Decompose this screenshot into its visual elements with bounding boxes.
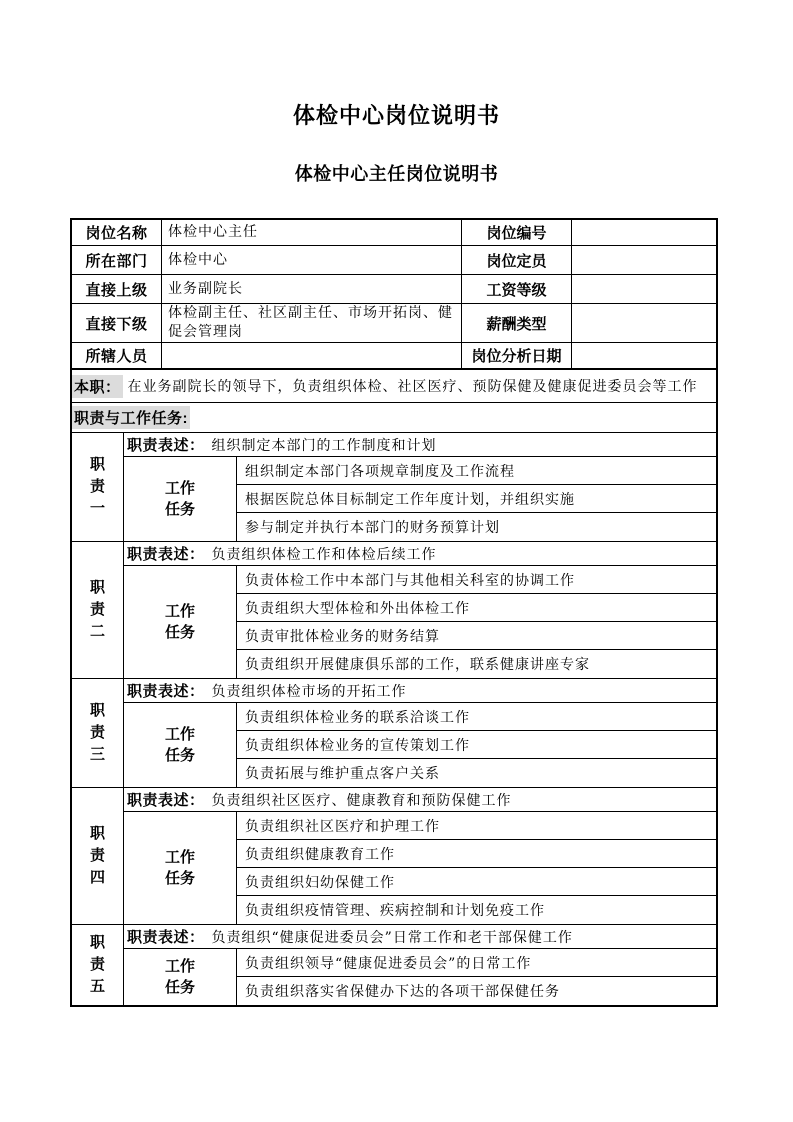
- value-post-number: [572, 220, 716, 245]
- duty-desc-row: 职责表述： 负责组织社区医疗、健康教育和预防保健工作: [124, 788, 716, 812]
- duty-desc-text: 组织制定本部门的工作制度和计划: [212, 435, 437, 455]
- core-duty-row: 本职： 在业务副院长的领导下，负责组织体检、社区医疗、预防保健及健康促进委员会等…: [72, 370, 716, 403]
- label-department: 所在部门: [72, 246, 162, 274]
- duty-desc-row: 职责表述： 负责组织“健康促进委员会”日常工作和老干部保健工作: [124, 925, 716, 949]
- value-managed-staff: [162, 343, 462, 368]
- task-item: 负责组织体检业务的联系洽谈工作: [237, 703, 716, 731]
- task-group-label: 工作任务: [164, 724, 196, 766]
- core-duty-label: 本职：: [72, 375, 123, 398]
- duty-number-text: 职责三: [90, 700, 106, 766]
- value-direct-superior: 业务副院长: [162, 275, 462, 303]
- duty-desc-text: 负责组织社区医疗、健康教育和预防保健工作: [212, 790, 512, 810]
- info-row: 直接下级 体检副主任、社区副主任、市场开拓岗、健促会管理岗 薪酬类型: [72, 304, 716, 343]
- label-direct-subordinates: 直接下级: [72, 304, 162, 342]
- section-header-row: 职责与工作任务:: [72, 403, 716, 433]
- task-group-label-cell: 工作任务: [124, 949, 237, 1005]
- task-item: 负责体检工作中本部门与其他相关科室的协调工作: [237, 566, 716, 594]
- task-item: 负责组织疫情管理、疾病控制和计划免疫工作: [237, 896, 716, 924]
- duty-block-3: 职责三 职责表述： 负责组织体检市场的开拓工作 工作任务 负责组织体检业务的联系…: [72, 679, 716, 788]
- task-item: 负责拓展与维护重点客户关系: [237, 759, 716, 787]
- value-salary-grade: [572, 275, 716, 303]
- duty-number-text: 职责四: [90, 823, 106, 889]
- task-item: 组织制定本部门各项规章制度及工作流程: [237, 457, 716, 485]
- task-item: 负责组织领导“健康促进委员会”的日常工作: [237, 949, 716, 977]
- duty-number-text: 职责二: [90, 577, 106, 643]
- info-row: 直接上级 业务副院长 工资等级: [72, 275, 716, 304]
- task-group-label: 工作任务: [164, 478, 196, 520]
- duty-number-cell: 职责一: [72, 433, 124, 541]
- duty-desc-label: 职责表述：: [127, 434, 205, 455]
- value-post-name: 体检中心主任: [162, 220, 462, 245]
- task-item: 负责组织体检业务的宣传策划工作: [237, 731, 716, 759]
- value-analysis-date: [572, 343, 716, 368]
- duty-number-cell: 职责四: [72, 788, 124, 924]
- job-description-table: 岗位名称 体检中心主任 岗位编号 所在部门 体检中心 岗位定员 直接上级 业务副…: [70, 218, 718, 1007]
- duty-block-4: 职责四 职责表述： 负责组织社区医疗、健康教育和预防保健工作 工作任务 负责组织…: [72, 788, 716, 925]
- duty-desc-row: 职责表述： 负责组织体检工作和体检后续工作: [124, 542, 716, 566]
- label-managed-staff: 所辖人员: [72, 343, 162, 368]
- label-post-number: 岗位编号: [462, 220, 572, 245]
- duty-desc-label: 职责表述：: [127, 543, 205, 564]
- duty-desc-label: 职责表述：: [127, 789, 205, 810]
- document-page: 体检中心岗位说明书 体检中心主任岗位说明书 岗位名称 体检中心主任 岗位编号 所…: [0, 0, 793, 1122]
- duty-desc-label: 职责表述：: [127, 926, 205, 947]
- task-item: 负责组织社区医疗和护理工作: [237, 812, 716, 840]
- label-direct-superior: 直接上级: [72, 275, 162, 303]
- duty-desc-text: 负责组织体检工作和体检后续工作: [212, 544, 437, 564]
- duty-block-1: 职责一 职责表述： 组织制定本部门的工作制度和计划 工作任务 组织制定本部门各项…: [72, 433, 716, 542]
- info-row: 岗位名称 体检中心主任 岗位编号: [72, 220, 716, 246]
- task-item: 参与制定并执行本部门的财务预算计划: [237, 513, 716, 541]
- duty-desc-text: 负责组织体检市场的开拓工作: [212, 681, 407, 701]
- task-item: 根据医院总体目标制定工作年度计划，并组织实施: [237, 485, 716, 513]
- info-row: 所在部门 体检中心 岗位定员: [72, 246, 716, 275]
- value-department: 体检中心: [162, 246, 462, 274]
- task-group-label: 工作任务: [164, 601, 196, 643]
- duty-desc-text: 负责组织“健康促进委员会”日常工作和老干部保健工作: [212, 927, 573, 947]
- duty-desc-row: 职责表述： 负责组织体检市场的开拓工作: [124, 679, 716, 703]
- core-duty-text: 在业务副院长的领导下，负责组织体检、社区医疗、预防保健及健康促进委员会等工作: [128, 376, 698, 396]
- label-post-name: 岗位名称: [72, 220, 162, 245]
- duty-desc-label: 职责表述：: [127, 680, 205, 701]
- page-title: 体检中心岗位说明书: [0, 103, 793, 129]
- duty-block-2: 职责二 职责表述： 负责组织体检工作和体检后续工作 工作任务 负责体检工作中本部…: [72, 542, 716, 679]
- duty-block-5: 职责五 职责表述： 负责组织“健康促进委员会”日常工作和老干部保健工作 工作任务…: [72, 925, 716, 1005]
- section-header-label: 职责与工作任务:: [72, 406, 190, 429]
- label-analysis-date: 岗位分析日期: [462, 343, 572, 368]
- value-compensation-type: [572, 304, 716, 342]
- value-direct-subordinates: 体检副主任、社区副主任、市场开拓岗、健促会管理岗: [162, 304, 462, 342]
- label-headcount: 岗位定员: [462, 246, 572, 274]
- task-item: 负责组织开展健康俱乐部的工作，联系健康讲座专家: [237, 650, 716, 678]
- duty-number-cell: 职责三: [72, 679, 124, 787]
- duty-number-cell: 职责五: [72, 925, 124, 1005]
- label-compensation-type: 薪酬类型: [462, 304, 572, 342]
- task-item: 负责组织妇幼保健工作: [237, 868, 716, 896]
- task-group-label-cell: 工作任务: [124, 703, 237, 787]
- duty-number-text: 职责五: [90, 932, 106, 998]
- duty-number-text: 职责一: [90, 454, 106, 520]
- value-headcount: [572, 246, 716, 274]
- task-group-label-cell: 工作任务: [124, 812, 237, 924]
- task-group-label: 工作任务: [164, 956, 196, 998]
- duty-desc-row: 职责表述： 组织制定本部门的工作制度和计划: [124, 433, 716, 457]
- page-subtitle: 体检中心主任岗位说明书: [0, 163, 793, 185]
- task-item: 负责组织健康教育工作: [237, 840, 716, 868]
- task-group-label-cell: 工作任务: [124, 566, 237, 678]
- info-row: 所辖人员 岗位分析日期: [72, 343, 716, 370]
- duty-number-cell: 职责二: [72, 542, 124, 678]
- task-group-label: 工作任务: [164, 847, 196, 889]
- task-group-label-cell: 工作任务: [124, 457, 237, 541]
- task-item: 负责组织大型体检和外出体检工作: [237, 594, 716, 622]
- task-item: 负责审批体检业务的财务结算: [237, 622, 716, 650]
- label-salary-grade: 工资等级: [462, 275, 572, 303]
- task-item: 负责组织落实省保健办下达的各项干部保健任务: [237, 977, 716, 1005]
